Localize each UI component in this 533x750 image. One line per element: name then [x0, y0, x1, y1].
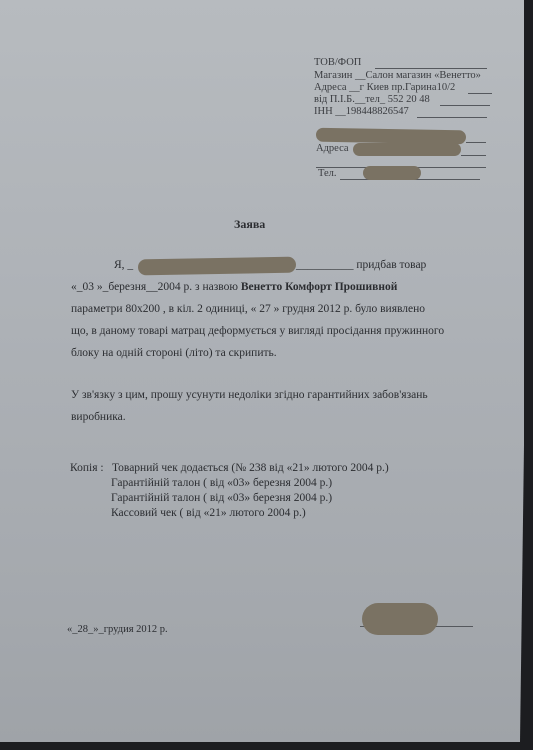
from-tel-line: від П.І.Б.__тел_ 552 20 48	[314, 94, 430, 105]
document-title: Заява	[234, 217, 265, 232]
redaction-blob	[353, 143, 461, 156]
para1-line2-start: «_03 »_березня__2004 р. з назвою	[71, 281, 238, 293]
para1-line1-end: __________ придбав товар	[296, 259, 426, 271]
applicant-address-label: Адреса	[316, 143, 349, 154]
copy-item: Гарантійній талон ( від «03» березня 200…	[111, 492, 332, 504]
para1-line5: блоку на одній стороні (літо) та скрипит…	[71, 347, 277, 359]
applicant-address-underline	[461, 155, 486, 156]
para1-line4: що, в даному товарі матрац деформується …	[71, 325, 444, 337]
para1-line3: параметри 80х200 , в кіл. 2 одиниці, « 2…	[71, 303, 425, 315]
org-label: ТОВ/ФОП	[314, 57, 361, 68]
inn-line: ІНН __198448826547	[314, 106, 409, 117]
para1-line1-start: Я, _	[114, 259, 133, 271]
copy-item: Гарантійній талон ( від «03» березня 200…	[111, 477, 332, 489]
applicant-tel-label: Тел.	[318, 168, 337, 179]
copies-label: Копія :	[70, 462, 104, 474]
para2-line1: У зв'язку з цим, прошу усунути недоліки …	[71, 389, 428, 401]
product-name: Венетто Комфорт Прошивной	[241, 281, 398, 293]
tel-underline	[440, 105, 490, 106]
para2-line2: виробника.	[71, 411, 126, 423]
shop-line: Магазин __Салон магазин «Венетто»	[314, 70, 481, 81]
para1-line2: «_03 »_березня__2004 р. з назвою Венетто…	[71, 281, 397, 293]
signature-redaction	[362, 603, 438, 635]
redaction-blob	[316, 128, 466, 145]
name-underline	[466, 142, 486, 143]
document-page: ТОВ/ФОП Магазин __Салон магазин «Венетто…	[0, 0, 524, 742]
address-underline	[468, 93, 492, 94]
document-date: «_28_»_грудия 2012 р.	[67, 624, 168, 635]
copy-item: Кассовий чек ( від «21» лютого 2004 р.)	[111, 507, 306, 519]
redaction-blob	[138, 257, 296, 276]
address-line: Адреса __г Киев пр.Гарина10/2	[314, 82, 455, 93]
org-line	[375, 68, 487, 69]
copy-item: Товарний чек додається (№ 238 від «21» л…	[112, 462, 389, 474]
inn-underline	[417, 117, 487, 118]
redaction-blob	[363, 166, 421, 180]
